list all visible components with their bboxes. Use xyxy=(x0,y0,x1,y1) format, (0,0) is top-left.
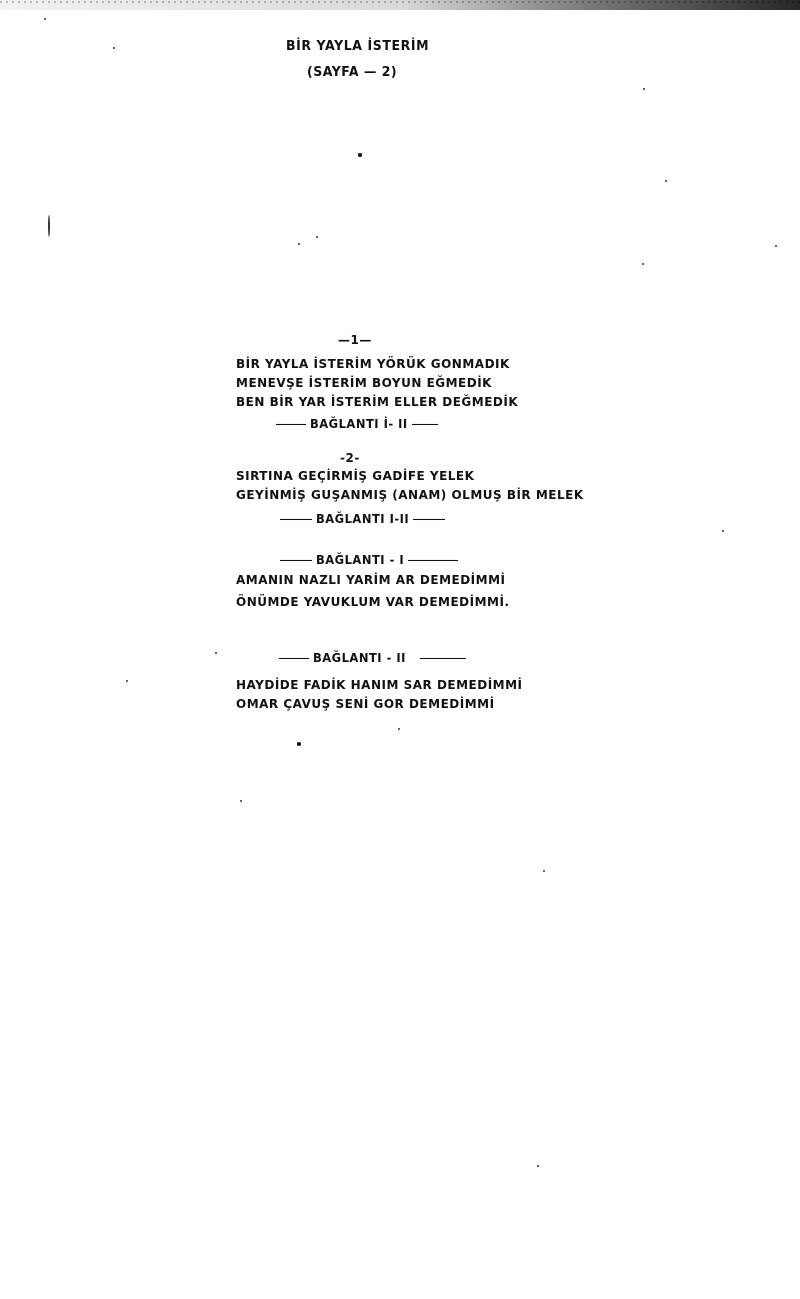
scan-speck xyxy=(358,153,362,157)
scan-speck xyxy=(543,870,545,872)
scan-edge-artifact xyxy=(0,0,800,10)
rule-right xyxy=(408,560,458,562)
verse-2-line-2: GEYİNMİŞ GUŞANMIŞ (ANAM) OLMUŞ BİR MELEK xyxy=(236,489,584,502)
refrain-1-line-2: ÖNÜMDE YAVUKLUM VAR DEMEDİMMİ. xyxy=(236,596,510,609)
rule-left xyxy=(279,658,309,660)
refrain-2-line-2: OMAR ÇAVUŞ SENİ GOR DEMEDİMMİ xyxy=(236,698,495,711)
scan-speck xyxy=(44,18,46,20)
scan-speck xyxy=(240,800,242,802)
refrain-1-heading: BAĞLANTI - I xyxy=(276,555,462,567)
scan-speck xyxy=(537,1165,539,1167)
rule-right xyxy=(413,519,445,521)
verse-2-refrain-link: BAĞLANTI I-II xyxy=(276,514,449,526)
scan-speck xyxy=(722,530,724,532)
scan-speck xyxy=(126,680,128,682)
scan-speck xyxy=(398,728,400,730)
scan-speck xyxy=(775,245,777,247)
scan-speck xyxy=(48,215,50,237)
verse-1-line-3: BEN BİR YAR İSTERİM ELLER DEĞMEDİK xyxy=(236,396,518,409)
verse-number-1: —1— xyxy=(338,334,372,347)
verse-number-2: -2- xyxy=(340,452,360,465)
verse-1-line-1: BİR YAYLA İSTERİM YÖRÜK GONMADIK xyxy=(236,358,510,371)
scan-speck xyxy=(113,47,115,49)
refrain-1-line-1: AMANIN NAZLI YARİM AR DEMEDİMMİ xyxy=(236,574,506,587)
rule-right xyxy=(420,658,466,660)
scan-speck xyxy=(297,742,301,746)
refrain-heading-label: BAĞLANTI - II xyxy=(313,651,406,666)
scan-speck xyxy=(642,263,644,265)
verse-1-line-2: MENEVŞE İSTERİM BOYUN EĞMEDİK xyxy=(236,377,492,390)
verse-2-line-1: SIRTINA GEÇİRMİŞ GADİFE YELEK xyxy=(236,470,474,483)
scan-speck xyxy=(298,243,300,245)
scan-speck xyxy=(316,236,318,238)
page-subtitle: (SAYFA — 2) xyxy=(307,66,397,79)
rule-left xyxy=(276,424,306,426)
rule-left xyxy=(280,519,312,521)
refrain-link-label: BAĞLANTI I-II xyxy=(316,512,409,527)
refrain-link-label: BAĞLANTI İ- II xyxy=(310,417,408,432)
rule-left xyxy=(280,560,312,562)
rule-right xyxy=(412,424,438,426)
scan-speck xyxy=(665,180,667,182)
refrain-2-line-1: HAYDİDE FADİK HANIM SAR DEMEDİMMİ xyxy=(236,679,523,692)
refrain-heading-label: BAĞLANTI - I xyxy=(316,553,404,568)
scan-speck xyxy=(215,652,217,654)
refrain-2-heading: BAĞLANTI - II xyxy=(275,653,470,665)
scan-speck xyxy=(643,88,645,90)
verse-1-refrain-link: BAĞLANTI İ- II xyxy=(272,419,442,431)
page-title: BİR YAYLA İSTERİM xyxy=(286,40,429,53)
